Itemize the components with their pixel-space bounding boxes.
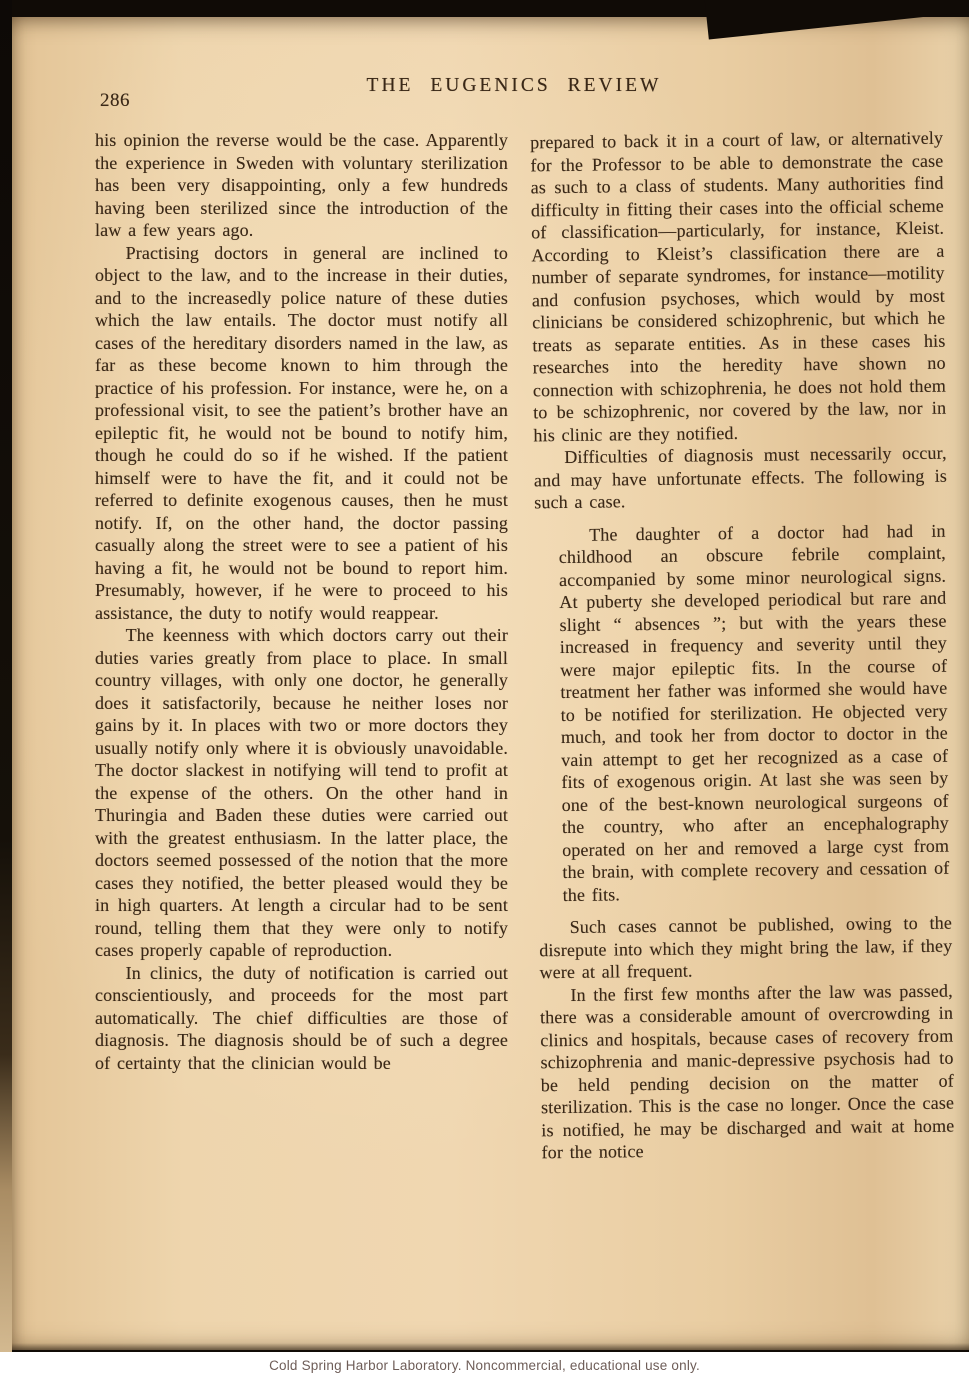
paragraph: In the first few months after the law wa… <box>540 979 955 1164</box>
right-column: prepared to back it in a court of law, o… <box>530 129 943 1162</box>
journal-title: THE EUGENICS REVIEW <box>35 75 969 97</box>
book-photo-frame: 286 THE EUGENICS REVIEW his opinion the … <box>0 0 969 1352</box>
paragraph: The keenness with which doctors carry ou… <box>95 624 508 962</box>
paragraph: Such cases cannot be published, owing to… <box>539 912 953 984</box>
case-study-paragraph: The daughter of a doctor had had in chil… <box>558 519 949 906</box>
footer-attribution-text: Cold Spring Harbor Laboratory. Noncommer… <box>269 1358 700 1373</box>
paragraph: Difficulties of diagnosis must necessari… <box>534 442 948 514</box>
page-bottom-edge-shadow <box>11 1343 969 1351</box>
page-header: 286 THE EUGENICS REVIEW <box>11 17 969 127</box>
scanned-book-page: { "header": { "page_number": "286", "jou… <box>0 0 969 1379</box>
book-page-paper: 286 THE EUGENICS REVIEW his opinion the … <box>11 17 969 1350</box>
paragraph: In clinics, the duty of notification is … <box>95 962 508 1075</box>
paragraph: his opinion the reverse would be the cas… <box>95 129 508 242</box>
book-spine-edge <box>0 0 12 1352</box>
two-column-text-body: his opinion the reverse would be the cas… <box>95 129 943 1162</box>
paragraph: Practising doctors in general are inclin… <box>95 242 508 625</box>
digitization-footer: Cold Spring Harbor Laboratory. Noncommer… <box>0 1352 969 1379</box>
paragraph: prepared to back it in a court of law, o… <box>530 127 947 447</box>
left-column: his opinion the reverse would be the cas… <box>95 129 508 1162</box>
